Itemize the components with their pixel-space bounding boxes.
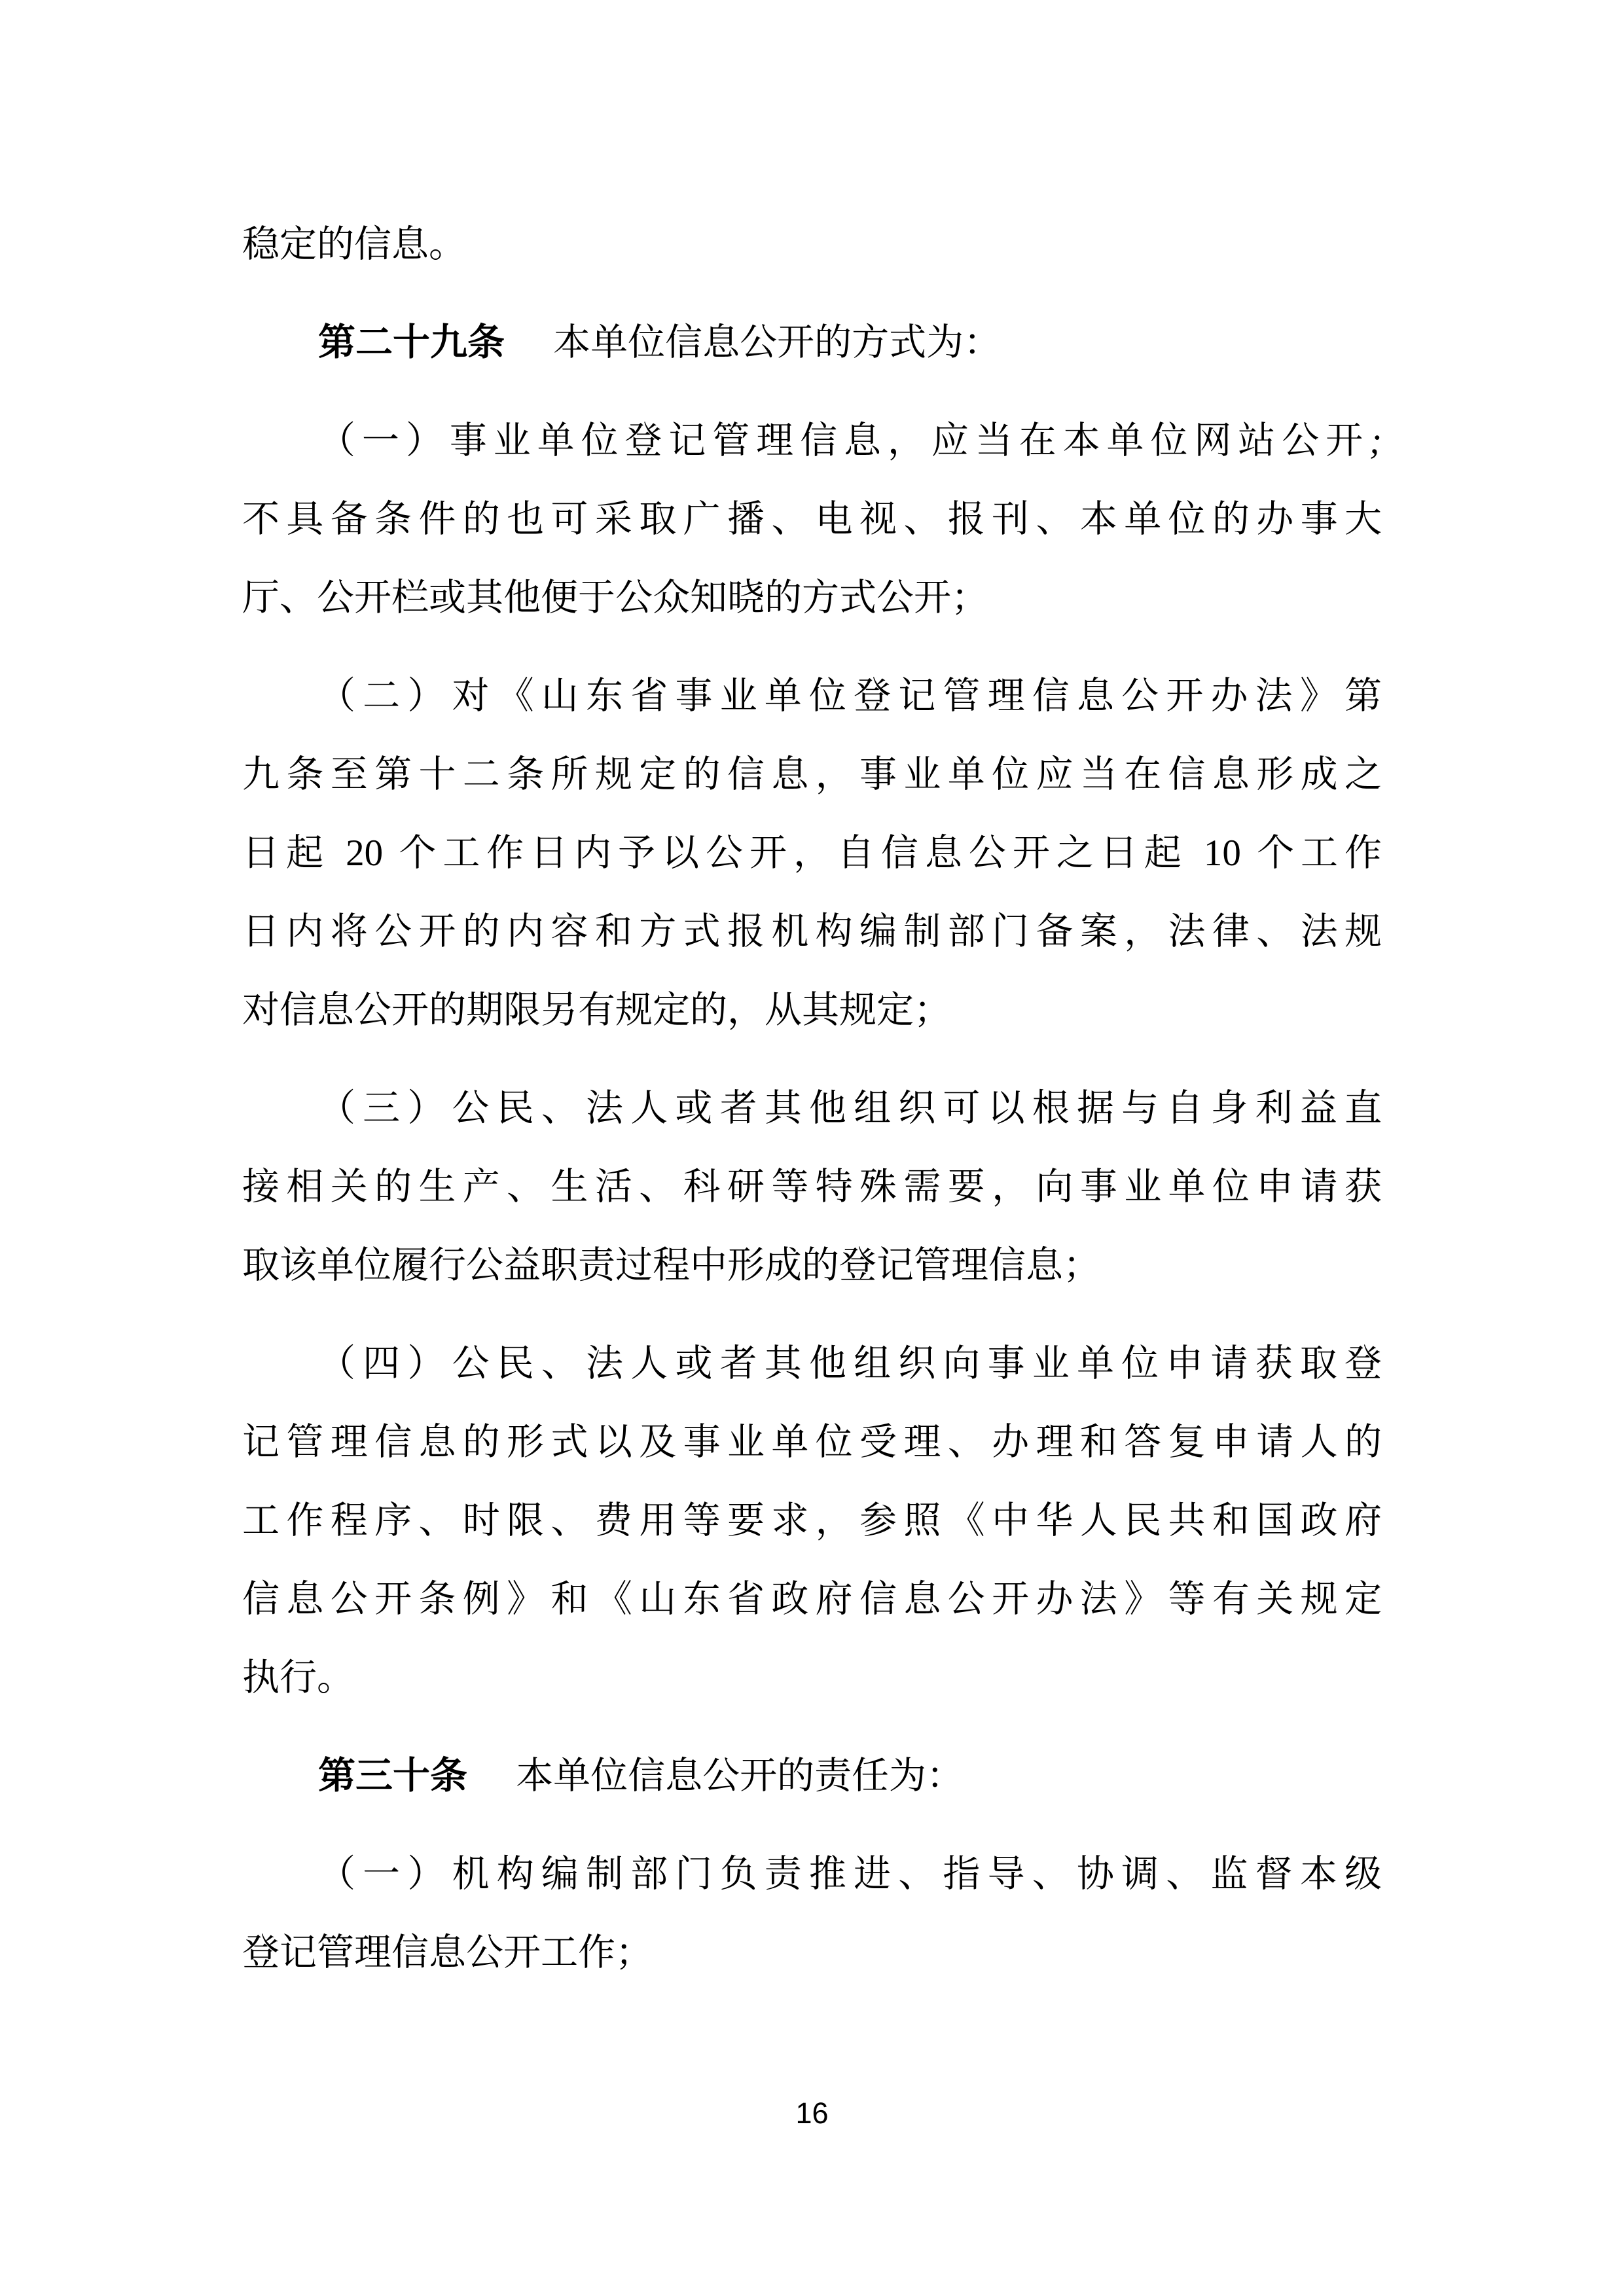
text-line: （一）事业单位登记管理信息，应当在本单位网站公开; xyxy=(242,402,1382,480)
text-line: 执行。 xyxy=(242,1639,1382,1717)
paragraph-item-1: （一）事业单位登记管理信息，应当在本单位网站公开; 不具备条件的也可采取广播、电… xyxy=(242,402,1382,637)
article-29-term: 第二十九条 xyxy=(318,322,505,363)
text-line: 接相关的生产、生活、科研等特殊需要，向事业单位申请获 xyxy=(242,1148,1382,1227)
text-line: 取该单位履行公益职责过程中形成的登记管理信息； xyxy=(242,1227,1382,1305)
text-line: 九条至第十二条所规定的信息，事业单位应当在信息形成之 xyxy=(242,736,1382,814)
paragraph-item-3: （三）公民、法人或者其他组织可以根据与自身利益直 接相关的生产、生活、科研等特殊… xyxy=(242,1069,1382,1305)
paragraph-item-5: （一）机构编制部门负责推进、指导、协调、监督本级 登记管理信息公开工作； xyxy=(242,1835,1382,1992)
text-line: 第二十九条本单位信息公开的方式为： xyxy=(242,304,1382,382)
text-line: 第三十条本单位信息公开的责任为： xyxy=(242,1737,1382,1816)
paragraph-item-4: （四）公民、法人或者其他组织向事业单位申请获取登 记管理信息的形式以及事业单位受… xyxy=(242,1325,1382,1717)
text-line: （二）对《山东省事业单位登记管理信息公开办法》第 xyxy=(242,657,1382,736)
text-line: （三）公民、法人或者其他组织可以根据与自身利益直 xyxy=(242,1069,1382,1148)
article-30-term: 第三十条 xyxy=(318,1755,467,1797)
number-20-days: 20 xyxy=(346,833,383,874)
text-segment: 个工作日内予以公开，自信息公开之日起 xyxy=(383,833,1204,874)
article-30-heading: 第三十条本单位信息公开的责任为： xyxy=(242,1737,1382,1816)
text-line: 厅、公开栏或其他便于公众知晓的方式公开； xyxy=(242,559,1382,637)
text-line: 记管理信息的形式以及事业单位受理、办理和答复申请人的 xyxy=(242,1403,1382,1482)
text-line: 不具备条件的也可采取广播、电视、报刊、本单位的办事大 xyxy=(242,480,1382,559)
paragraph-continuation: 稳定的信息。 xyxy=(242,206,1382,284)
text-line: （四）公民、法人或者其他组织向事业单位申请获取登 xyxy=(242,1325,1382,1403)
number-10-days: 10 xyxy=(1204,833,1241,874)
text-line: 登记管理信息公开工作； xyxy=(242,1914,1382,1992)
document-body: 稳定的信息。 第二十九条本单位信息公开的方式为： （一）事业单位登记管理信息，应… xyxy=(242,206,1382,1992)
text-line: 稳定的信息。 xyxy=(242,206,1382,284)
paragraph-item-2: （二）对《山东省事业单位登记管理信息公开办法》第 九条至第十二条所规定的信息，事… xyxy=(242,657,1382,1050)
text-line: 日内将公开的内容和方式报机构编制部门备案，法律、法规 xyxy=(242,893,1382,971)
text-line: 日起 20 个工作日内予以公开，自信息公开之日起 10 个工作 xyxy=(242,814,1382,893)
text-segment: 日起 xyxy=(242,833,346,874)
text-line: 对信息公开的期限另有规定的，从其规定； xyxy=(242,971,1382,1050)
page-number: 16 xyxy=(0,2096,1624,2130)
text-line: 信息公开条例》和《山东省政府信息公开办法》等有关规定 xyxy=(242,1560,1382,1639)
article-29-heading: 第二十九条本单位信息公开的方式为： xyxy=(242,304,1382,382)
text-line: （一）机构编制部门负责推进、指导、协调、监督本级 xyxy=(242,1835,1382,1914)
document-page: 稳定的信息。 第二十九条本单位信息公开的方式为： （一）事业单位登记管理信息，应… xyxy=(0,0,1624,2296)
article-29-text: 本单位信息公开的方式为： xyxy=(553,322,1001,363)
article-30-text: 本单位信息公开的责任为： xyxy=(516,1755,964,1797)
text-line: 工作程序、时限、费用等要求，参照《中华人民共和国政府 xyxy=(242,1482,1382,1560)
text-segment: 个工作 xyxy=(1241,833,1382,874)
